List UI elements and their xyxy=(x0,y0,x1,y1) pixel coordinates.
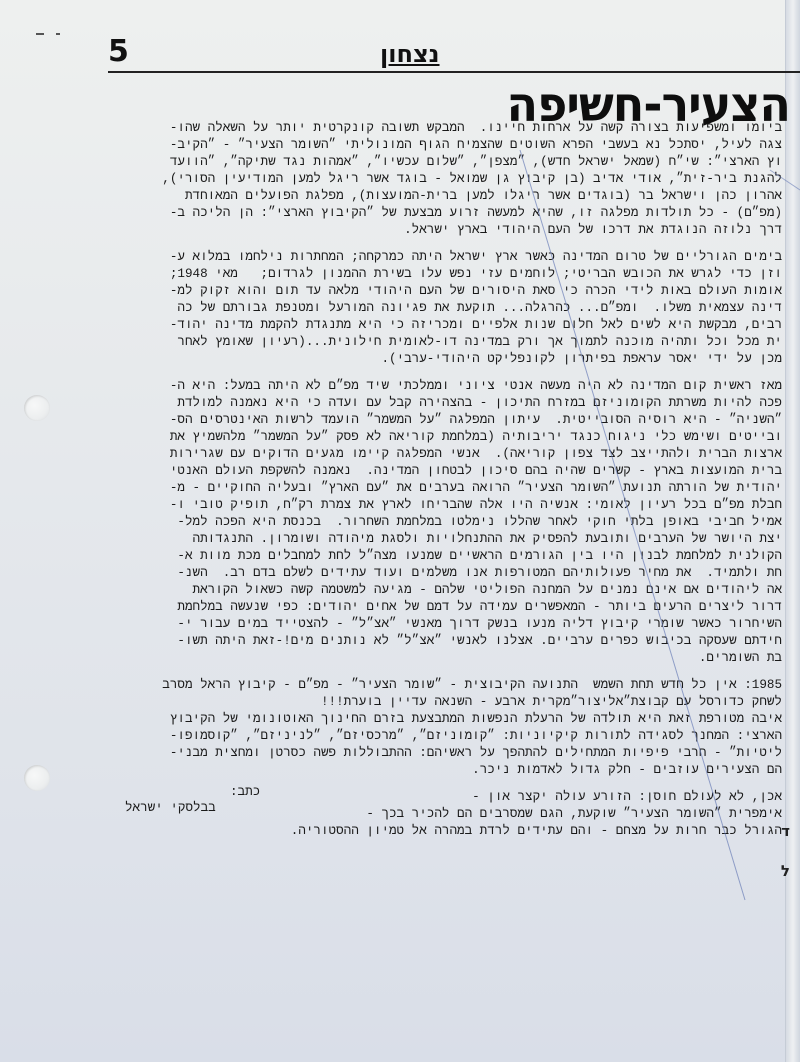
punch-hole-icon xyxy=(24,395,50,421)
text-line: חת ולתמיד. את מחיר פעולותיהם המטורפות אנ… xyxy=(102,565,782,582)
scan-speck xyxy=(36,33,44,35)
byline-author: בבלסקי ישראל xyxy=(125,801,216,815)
text-line: 1985: אין כל חדש תחת השמש התנועה הקיבוצי… xyxy=(102,677,782,694)
text-line: דינה עצמאית משלו. ומפ״ם... כהרגלה... תוק… xyxy=(102,300,782,317)
text-line: לשחק כדורסל עם קבוצת״אליצור״מקרית ארבע -… xyxy=(102,694,782,711)
scanned-document-page: 5 נצחון הצעיר-חשיפה ביומו ומשפיעות בצורה… xyxy=(0,0,800,1062)
text-line: בת השומרים. xyxy=(102,650,782,667)
text-line: חבלת מפ״ם בכל רעיון לאומי: אנשיה היו אלה… xyxy=(102,497,782,514)
text-line: להגנת ביר-זית״, אודי אדיב (בן קיבוץ גן ש… xyxy=(102,171,782,188)
text-line: מכן על ידי יאסר עראפת בפיתרון לקונפליקט … xyxy=(102,351,782,368)
text-line: פכה להיות משרתת הקומוניזם במזרח התיכון -… xyxy=(102,395,782,412)
text-line: אמיל חביבי באופן בלתי חוקי לאחר שהללו ני… xyxy=(102,514,782,531)
text-line: צגה לעיל, יסתכל נא בעשבי הפרא השוטים שהצ… xyxy=(102,137,782,154)
text-line: אומות העולם באות לידי הכרה כי סאת היסורי… xyxy=(102,283,782,300)
text-line: ליטיות״ - חרבי פיפיות המתחילים להתהפך על… xyxy=(102,745,782,762)
text-line: הגורל כבר חרות על מצחם - והם עתידים לרדת… xyxy=(102,823,782,840)
text-line: יצת היושר של הערבים ותובעת להפסיק את ההת… xyxy=(102,531,782,548)
text-line: וץ הארצי״: שי״ח (שמאל ישראל חדש), ״מצפן״… xyxy=(102,154,782,171)
text-line: רבים, מבקשת היא לשים לאל חלום שנות אלפיי… xyxy=(102,317,782,334)
text-line: דרור ליצרים הרעים ביותר - המאפשרים עמידה… xyxy=(102,599,782,616)
text-line: ברית המועצות בארץ - קשרים שהיה בהם סיכון… xyxy=(102,463,782,480)
text-line: ובייטים ושימש כלי ניגוח כנגד יריבותיה (ב… xyxy=(102,429,782,446)
text-line: אהרון כהן וישראל בר (בוגדים אשר ריגלו למ… xyxy=(102,188,782,205)
text-line: ית מכל וכל ותהיה מוכנה לתמוך אך ורק במדי… xyxy=(102,334,782,351)
text-line: דרך נלוזה הנוגדת את דרכו של העם היהודי ב… xyxy=(102,222,782,239)
line-gap xyxy=(102,779,782,789)
byline-label: כתב: xyxy=(230,785,260,799)
text-line: הם הצעירים עוזבים - חלק גדול לאדמות ניכר… xyxy=(102,762,782,779)
margin-mark: ל xyxy=(781,862,790,880)
line-gap xyxy=(102,368,782,378)
text-line: בימים הגורליים של טרום המדינה כאשר ארץ י… xyxy=(102,249,782,266)
page-edge-strip xyxy=(785,0,800,1062)
line-gap xyxy=(102,239,782,249)
margin-mark: ד xyxy=(781,822,790,840)
text-line: יהודית של הורתה תנועת ״השומר הצעיר״ הרוא… xyxy=(102,480,782,497)
text-line: הארצי: המחנך לסגידה לתורות קיקיוניות: ״ק… xyxy=(102,728,782,745)
text-line: אה ליהודים אם אינם נמנים על המחנה הפוליט… xyxy=(102,582,782,599)
page-number: 5 xyxy=(108,34,129,69)
scan-speck xyxy=(56,33,60,35)
text-line: השיחרור כאשר שומרי קיבוץ דליה מנעו בנשק … xyxy=(102,616,782,633)
text-line: חידתם שעסקה בכיבוש כפרים ערביים. אצלנו ל… xyxy=(102,633,782,650)
text-line: ביומו ומשפיעות בצורה קשה על ארחות חיינו.… xyxy=(102,120,782,137)
text-line: (מפ״ם) - כל תולדות מפלגה זו, שהיא למעשה … xyxy=(102,205,782,222)
article-body: ביומו ומשפיעות בצורה קשה על ארחות חיינו.… xyxy=(102,120,782,840)
punch-hole-icon xyxy=(24,765,50,791)
line-gap xyxy=(102,667,782,677)
header-rule xyxy=(108,71,800,73)
masthead-title: נצחון xyxy=(380,40,440,68)
text-line: איבה מטורפת זאת היא תולדה של הרעלת הנפשו… xyxy=(102,711,782,728)
text-line: הקולנית למלחמת לבנון היו בין הגורמים הרא… xyxy=(102,548,782,565)
text-line: מאז ראשית קום המדינה לא היה מעשה אנטי צי… xyxy=(102,378,782,395)
text-line: וזן כדי לגרש את הכובש הבריטי; לוחמים עזי… xyxy=(102,266,782,283)
text-line: ארצות הברית ולהתייצב לצד צפון קוריאה). א… xyxy=(102,446,782,463)
text-line: ״השניה״ - היא רוסיה הסובייטית. עיתון המפ… xyxy=(102,412,782,429)
